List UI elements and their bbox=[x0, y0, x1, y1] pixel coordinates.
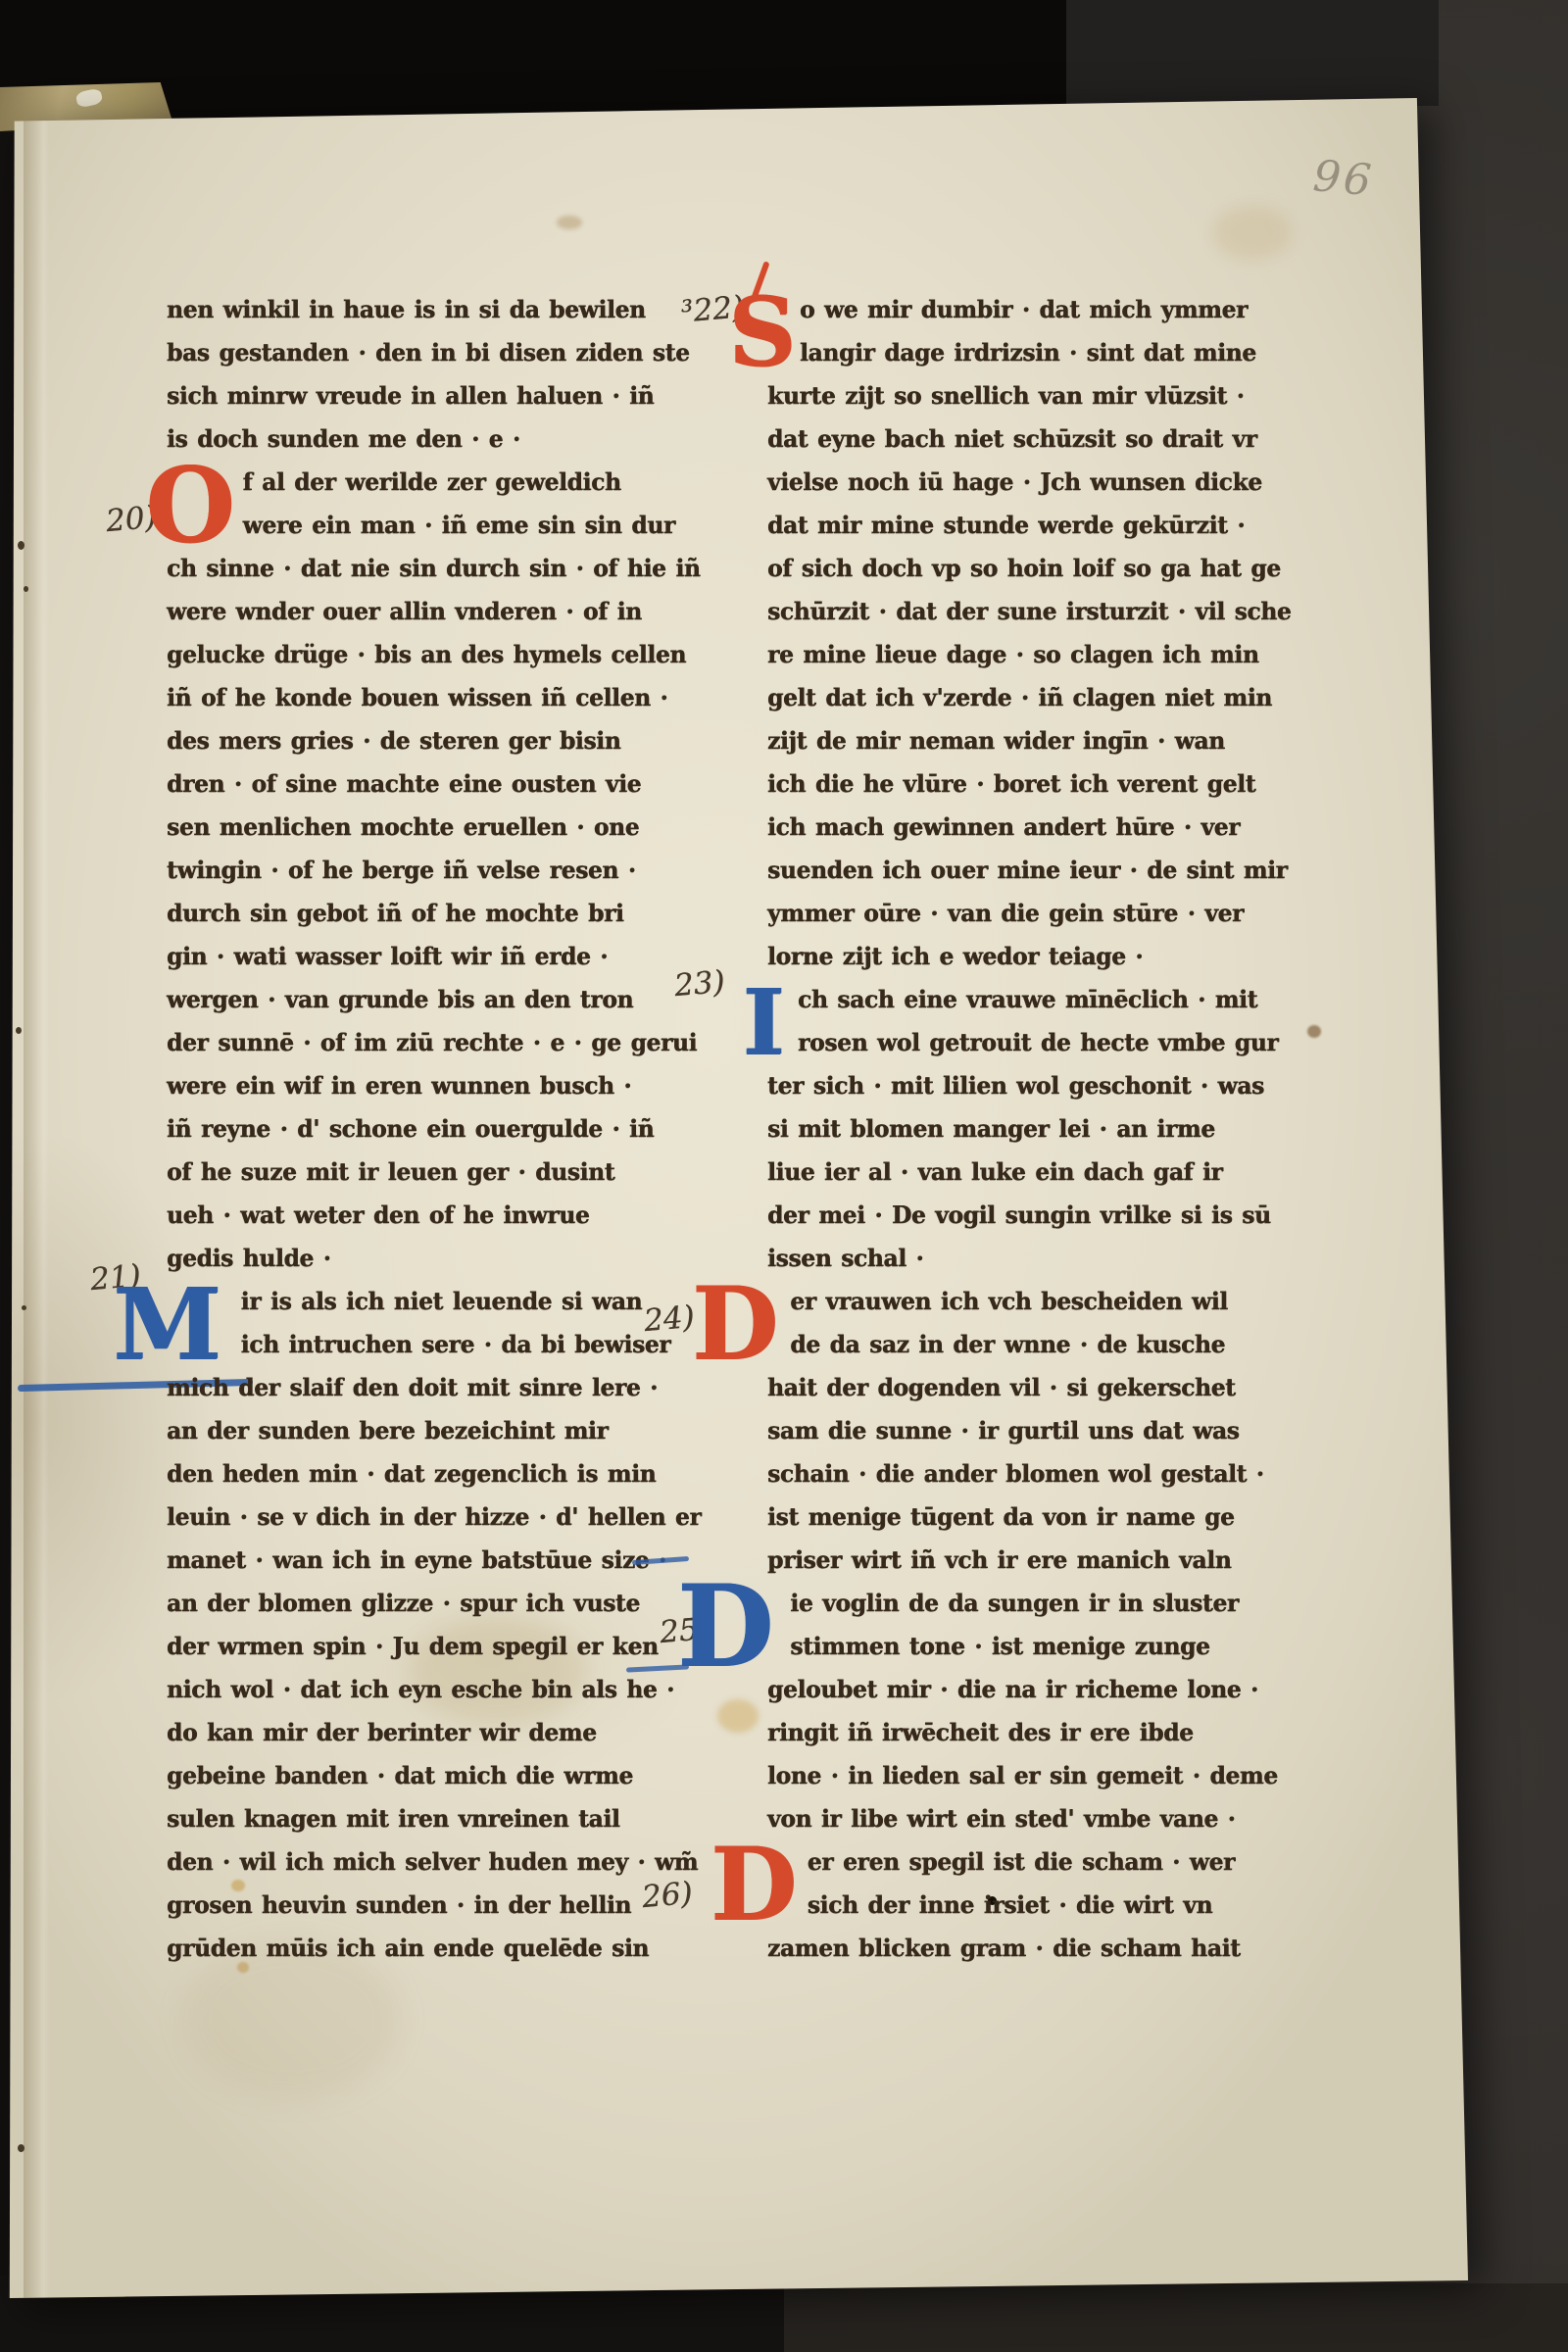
manuscript-line: lone · in lieden sal er sin gemeit · dem… bbox=[767, 1756, 1261, 1799]
parchment-page: 96 nen winkil in haue is in si da bewile… bbox=[8, 98, 1468, 2298]
text-section-s20: 20)Of al der werilde zer geweldichwere e… bbox=[167, 463, 664, 1282]
manuscript-line: er eren spegil ist die scham · wer bbox=[767, 1842, 1261, 1886]
text-section-s22: ³22)So we mir dumbir · dat mich ymmerlan… bbox=[767, 290, 1277, 980]
manuscript-line: an der sunden bere bezeichint mir bbox=[167, 1411, 650, 1454]
manuscript-line: nen winkil in haue is in si da bewilen bbox=[167, 290, 650, 333]
manuscript-line: of sich doch vp so hoin loif so ga hat g… bbox=[767, 549, 1261, 592]
manuscript-line: ich intruchen sere · da bi bewiser bbox=[167, 1325, 650, 1368]
manuscript-line: ich mach gewinnen andert hūre · ver bbox=[767, 808, 1261, 851]
manuscript-line: leuin · se v dich in der hizze · d' hell… bbox=[167, 1497, 650, 1541]
manuscript-line: der wrmen spin · Ju dem spegil er ken bbox=[167, 1627, 650, 1670]
text-section-s21: 21)Mir is als ich niet leuende si wanich… bbox=[167, 1282, 664, 1972]
manuscript-line: suenden ich ouer mine ieur · de sint mir bbox=[767, 851, 1261, 894]
margin-strophe-number: 23) bbox=[673, 964, 726, 1004]
manuscript-line: zamen blicken gram · die scham hait bbox=[767, 1929, 1261, 1972]
manuscript-line: sam die sunne · ir gurtil uns dat was bbox=[767, 1411, 1261, 1454]
manuscript-line: is doch sunden me den · e · bbox=[167, 419, 650, 463]
manuscript-line: den heden min · dat zegenclich is min bbox=[167, 1454, 650, 1497]
manuscript-line: ir is als ich niet leuende si wan bbox=[167, 1282, 650, 1325]
manuscript-line: sulen knagen mit iren vnreinen tail bbox=[167, 1799, 650, 1842]
binding-crease bbox=[24, 98, 49, 2298]
manuscript-line: twingin · of he berge iñ velse resen · bbox=[167, 851, 650, 894]
manuscript-line: den · wil ich mich selver huden mey · wm… bbox=[167, 1842, 650, 1886]
manuscript-line: des mers gries · de steren ger bisin bbox=[167, 721, 650, 764]
manuscript-line: were ein man · iñ eme sin sin dur bbox=[167, 506, 650, 549]
stain bbox=[717, 1699, 759, 1733]
manuscript-line: langir dage irdrizsin · sint dat mine bbox=[767, 333, 1261, 376]
stain bbox=[1213, 206, 1292, 260]
manuscript-line: ist menige tūgent da von ir name ge bbox=[767, 1497, 1261, 1541]
manuscript-line: ter sich · mit lilien wol geschonit · wa… bbox=[767, 1066, 1261, 1109]
manuscript-line: grūden mūis ich ain ende quelēde sin bbox=[167, 1929, 650, 1972]
manuscript-line: gelucke drüge · bis an des hymels cellen bbox=[167, 635, 650, 678]
manuscript-line: liue ier al · van luke ein dach gaf ir bbox=[767, 1152, 1261, 1196]
edge-speck bbox=[22, 1305, 26, 1310]
manuscript-line: priser wirt iñ vch ir ere manich valn bbox=[767, 1541, 1261, 1584]
manuscript-line: ueh · wat weter den of he inwrue bbox=[167, 1196, 650, 1239]
stain bbox=[557, 216, 582, 229]
manuscript-line: schain · die ander blomen wol gestalt · bbox=[767, 1454, 1261, 1497]
manuscript-line: ie voglin de da sungen ir in sluster bbox=[767, 1584, 1261, 1627]
manuscript-line: iñ reyne · d' schone ein ouergulde · iñ bbox=[167, 1109, 650, 1152]
manuscript-line: iñ of he konde bouen wissen iñ cellen · bbox=[167, 678, 650, 721]
text-section-s24: 24)Der vrauwen ich vch bescheiden wilde … bbox=[767, 1282, 1277, 1584]
manuscript-line: stimmen tone · ist menige zunge bbox=[767, 1627, 1261, 1670]
manuscript-line: sen menlichen mochte eruellen · one bbox=[167, 808, 650, 851]
manuscript-line: sich der inne irsiet · die wirt vn bbox=[767, 1886, 1261, 1929]
left-column: nen winkil in haue is in si da bewilenba… bbox=[167, 290, 664, 1972]
manuscript-line: gedis hulde · bbox=[167, 1239, 650, 1282]
manuscript-line: zijt de mir neman wider ingīn · wan bbox=[767, 721, 1261, 764]
edge-speck bbox=[24, 586, 28, 592]
background-top-shadow bbox=[1066, 0, 1439, 106]
manuscript-line: sich minrw vreude in allen haluen · iñ bbox=[167, 376, 650, 419]
manuscript-line: gebeine banden · dat mich die wrme bbox=[167, 1756, 650, 1799]
illuminated-initial-blue: D bbox=[669, 1584, 781, 1670]
manuscript-line: grosen heuvin sunden · in der hellin bbox=[167, 1886, 650, 1929]
manuscript-line: bas gestanden · den in bi disen ziden st… bbox=[167, 333, 650, 376]
manuscript-line: ch sach eine vrauwe mīnēclich · mit bbox=[767, 980, 1261, 1023]
manuscript-line: lorne zijt ich e wedor teiage · bbox=[767, 937, 1261, 980]
manuscript-line: dat mir mine stunde werde gekūrzit · bbox=[767, 506, 1261, 549]
manuscript-line: rosen wol getrouit de hecte vmbe gur bbox=[767, 1023, 1261, 1066]
edge-speck bbox=[18, 2144, 24, 2152]
manuscript-line: kurte zijt so snellich van mir vlūzsit · bbox=[767, 376, 1261, 419]
binding-edge-highlight bbox=[75, 87, 104, 108]
manuscript-line: ich die he vlūre · boret ich verent gelt bbox=[767, 764, 1261, 808]
manuscript-line: of he suze mit ir leuen ger · dusint bbox=[167, 1152, 650, 1196]
margin-strophe-number: 26) bbox=[641, 1876, 694, 1915]
manuscript-line: hait der dogenden vil · si gekerschet bbox=[767, 1368, 1261, 1411]
manuscript-line: issen schal · bbox=[767, 1239, 1261, 1282]
manuscript-line: durch sin gebot iñ of he mochte bri bbox=[167, 894, 650, 937]
manuscript-line: mich der slaif den doit mit sinre lere · bbox=[167, 1368, 650, 1411]
manuscript-line: manet · wan ich in eyne batstūue size · bbox=[167, 1541, 650, 1584]
folio-number: 96 bbox=[1311, 151, 1403, 209]
manuscript-line: si mit blomen manger lei · an irme bbox=[767, 1109, 1261, 1152]
manuscript-line: an der blomen glizze · spur ich vuste bbox=[167, 1584, 650, 1627]
text-section-s23: 23)Ich sach eine vrauwe mīnēclich · mitr… bbox=[767, 980, 1277, 1282]
manuscript-line: de da saz in der wnne · de kusche bbox=[767, 1325, 1261, 1368]
manuscript-line: dat eyne bach niet schūzsit so drait vr bbox=[767, 419, 1261, 463]
text-section-s26: 26)Der eren spegil ist die scham · wersi… bbox=[767, 1842, 1277, 1972]
manuscript-line: der sunnē · of im ziū rechte · e · ge ge… bbox=[167, 1023, 650, 1066]
manuscript-line: do kan mir der berinter wir deme bbox=[167, 1713, 650, 1756]
manuscript-photo: { "document": { "kind": "medieval manusc… bbox=[0, 0, 1568, 2352]
manuscript-line: o we mir dumbir · dat mich ymmer bbox=[767, 290, 1261, 333]
stain bbox=[1307, 1025, 1321, 1038]
right-column: ³22)So we mir dumbir · dat mich ymmerlan… bbox=[767, 290, 1277, 1972]
manuscript-line: gin · wati wasser loift wir iñ erde · bbox=[167, 937, 650, 980]
manuscript-line: ringit iñ irwēcheit des ir ere ibde bbox=[767, 1713, 1261, 1756]
manuscript-line: vielse noch iū hage · Jch wunsen dicke bbox=[767, 463, 1261, 506]
manuscript-line: nich wol · dat ich eyn esche bin als he … bbox=[167, 1670, 650, 1713]
manuscript-line: ch sinne · dat nie sin durch sin · of hi… bbox=[167, 549, 650, 592]
manuscript-line: er vrauwen ich vch bescheiden wil bbox=[767, 1282, 1261, 1325]
background-bottom-felt bbox=[784, 2283, 1568, 2352]
margin-strophe-number: 24) bbox=[643, 1299, 696, 1339]
manuscript-line: re mine lieue dage · so clagen ich min bbox=[767, 635, 1261, 678]
manuscript-line: schūrzit · dat der sune irsturzit · vil … bbox=[767, 592, 1261, 635]
manuscript-line: der mei · De vogil sungin vrilke si is s… bbox=[767, 1196, 1261, 1239]
text-section-intro: nen winkil in haue is in si da bewilenba… bbox=[167, 290, 664, 463]
manuscript-line: were ein wif in eren wunnen busch · bbox=[167, 1066, 650, 1109]
manuscript-line: von ir libe wirt ein sted' vmbe vane · bbox=[767, 1799, 1261, 1842]
manuscript-line: f al der werilde zer geweldich bbox=[167, 463, 650, 506]
manuscript-line: gelt dat ich v'zerde · iñ clagen niet mi… bbox=[767, 678, 1261, 721]
text-section-s25: 25)Die voglin de da sungen ir in sluster… bbox=[767, 1584, 1277, 1842]
manuscript-line: ymmer oūre · van die gein stūre · ver bbox=[767, 894, 1261, 937]
manuscript-line: were wnder ouer allin vnderen · of in bbox=[167, 592, 650, 635]
edge-speck bbox=[16, 1027, 22, 1034]
manuscript-line: wergen · van grunde bis an den tron bbox=[167, 980, 650, 1023]
manuscript-line: dren · of sine machte eine ousten vie bbox=[167, 764, 650, 808]
manuscript-line: geloubet mir · die na ir richeme lone · bbox=[767, 1670, 1261, 1713]
edge-speck bbox=[18, 541, 24, 550]
